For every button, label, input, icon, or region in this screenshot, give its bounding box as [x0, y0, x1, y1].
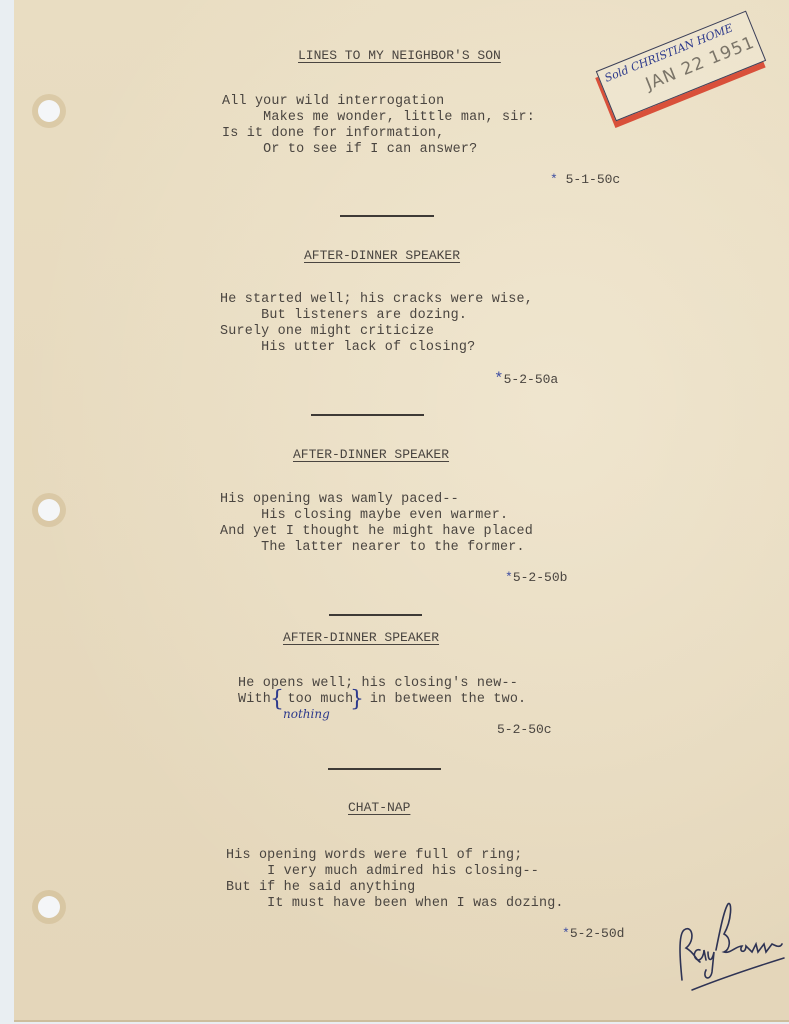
asterisk-mark: * — [494, 370, 504, 388]
poem-date: *5-2-50a — [494, 370, 558, 388]
binder-hole — [38, 100, 60, 122]
asterisk-mark: * — [550, 172, 558, 187]
poem-line: And yet I thought he might have placed — [220, 524, 533, 540]
poem-line: I very much admired his closing-- — [226, 864, 539, 880]
poem-line: His utter lack of closing? — [220, 340, 475, 356]
poem-line: It must have been when I was dozing. — [226, 896, 564, 912]
poem-line: His opening words were full of ring; — [226, 848, 523, 864]
poem-line: Makes me wonder, little man, sir: — [222, 110, 535, 126]
poem-line: Surely one might criticize — [220, 324, 434, 340]
poem-date: 5-2-50c — [497, 722, 552, 737]
section-divider — [329, 614, 422, 616]
poem-line: His closing maybe even warmer. — [220, 508, 508, 524]
poem-title: CHAT-NAP — [348, 800, 410, 815]
asterisk-mark: * — [562, 926, 570, 941]
poem-title: AFTER-DINNER SPEAKER — [283, 630, 439, 645]
signature-scribble-icon — [672, 890, 787, 995]
poem-line: Is it done for information, — [222, 126, 444, 142]
poem-date: *5-2-50b — [505, 570, 567, 585]
binder-hole — [38, 896, 60, 918]
poem-line: But listeners are dozing. — [220, 308, 467, 324]
poem-line: His opening was wamly paced-- — [220, 492, 459, 508]
poem-line: He started well; his cracks were wise, — [220, 292, 533, 308]
poem-line: But if he said anything — [226, 880, 415, 896]
section-divider — [328, 768, 441, 770]
asterisk-mark: * — [505, 570, 513, 585]
poem-title: AFTER-DINNER SPEAKER — [304, 248, 460, 263]
binder-hole — [38, 499, 60, 521]
brace-left: { — [270, 689, 284, 711]
poem-date: *5-2-50d — [562, 926, 624, 941]
section-divider — [311, 414, 424, 416]
poem-title: LINES TO MY NEIGHBOR'S SON — [298, 48, 501, 63]
poem-date: * 5-1-50c — [550, 172, 620, 187]
poem-line: All your wild interrogation — [222, 94, 444, 110]
brace-right: } — [350, 689, 364, 711]
signature — [672, 890, 787, 1000]
poem-title: AFTER-DINNER SPEAKER — [293, 447, 449, 462]
handwritten-alternative: nothing — [283, 707, 330, 721]
section-divider — [340, 215, 434, 217]
poem-line: Or to see if I can answer? — [222, 142, 477, 158]
poem-line: The latter nearer to the former. — [220, 540, 525, 556]
